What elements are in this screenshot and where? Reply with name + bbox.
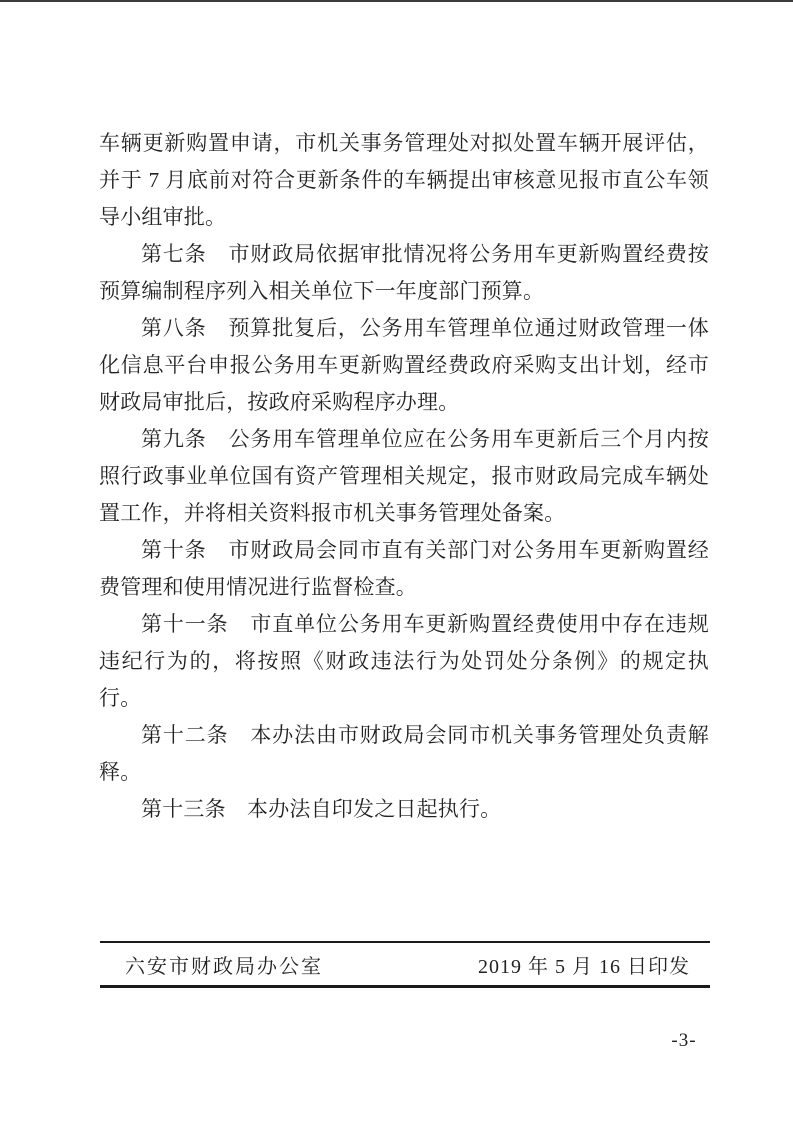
paragraph-article-13: 第十三条 本办法自印发之日起执行。 <box>99 791 709 828</box>
paragraph-article-8: 第八条 预算批复后，公务用车管理单位通过财政管理一体化信息平台申报公务用车更新购… <box>99 310 709 421</box>
scan-edge-line <box>0 0 793 2</box>
document-body: 车辆更新购置申请，市机关事务管理处对拟处置车辆开展评估，并于 7 月底前对符合更… <box>99 125 709 828</box>
paragraph-article-12: 第十二条 本办法由市财政局会同市机关事务管理处负责解释。 <box>99 717 709 791</box>
paragraph-article-10: 第十条 市财政局会同市直有关部门对公务用车更新购置经费管理和使用情况进行监督检查… <box>99 532 709 606</box>
issuing-office: 六安市财政局办公室 <box>125 950 323 979</box>
page-number: -3- <box>660 1030 708 1052</box>
paragraph-continuation: 车辆更新购置申请，市机关事务管理处对拟处置车辆开展评估，并于 7 月底前对符合更… <box>99 125 709 236</box>
paragraph-article-11: 第十一条 市直单位公务用车更新购置经费使用中存在违规违纪行为的，将按照《财政违法… <box>99 606 709 717</box>
print-date: 2019 年 5 月 16 日印发 <box>478 950 690 979</box>
document-footer: 六安市财政局办公室 2019 年 5 月 16 日印发 <box>100 941 710 988</box>
paragraph-article-9: 第九条 公务用车管理单位应在公务用车更新后三个月内按照行政事业单位国有资产管理相… <box>99 421 709 532</box>
paragraph-article-7: 第七条 市财政局依据审批情况将公务用车更新购置经费按预算编制程序列入相关单位下一… <box>99 236 709 310</box>
